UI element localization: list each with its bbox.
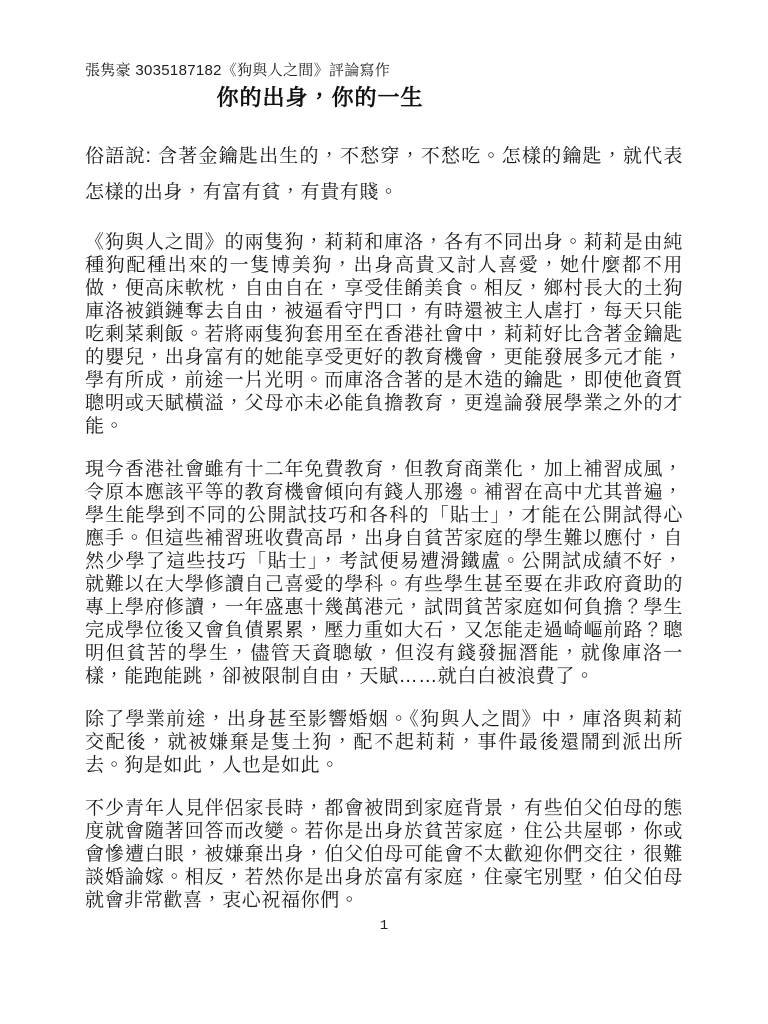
essay-paragraph-dogs-origin: 《狗與人之間》的兩隻狗，莉莉和庫洛，各有不同出身。莉莉是由純種狗配種出來的一隻博…	[85, 231, 683, 438]
document-page: 張隽豪 3035187182《狗與人之間》評論寫作 你的出身，你的一生 俗語說:…	[0, 0, 768, 1024]
essay-body: 俗語說: 含著金鑰匙出生的，不愁穿，不愁吃。怎樣的鑰匙，就代表怎樣的出身，有富有…	[85, 139, 683, 912]
author-header-line: 張隽豪 3035187182《狗與人之間》評論寫作	[85, 62, 683, 80]
essay-paragraph-family-background: 不少青年人見伴侶家長時，都會被問到家庭背景，有些伯父伯母的態度就會隨著回答而改變…	[85, 797, 683, 912]
page-number: 1	[0, 918, 768, 934]
essay-paragraph-marriage: 除了學業前途，出身甚至影響婚姻。《狗與人之間》中，庫洛與莉莉交配後，就被嫌棄是隻…	[85, 708, 683, 777]
essay-title: 你的出身，你的一生	[85, 84, 555, 112]
essay-paragraph-education: 現今香港社會雖有十二年免費教育，但教育商業化，加上補習成風，令原本應該平等的教育…	[85, 458, 683, 688]
essay-paragraph-intro: 俗語說: 含著金鑰匙出生的，不愁穿，不愁吃。怎樣的鑰匙，就代表怎樣的出身，有富有…	[85, 139, 683, 211]
